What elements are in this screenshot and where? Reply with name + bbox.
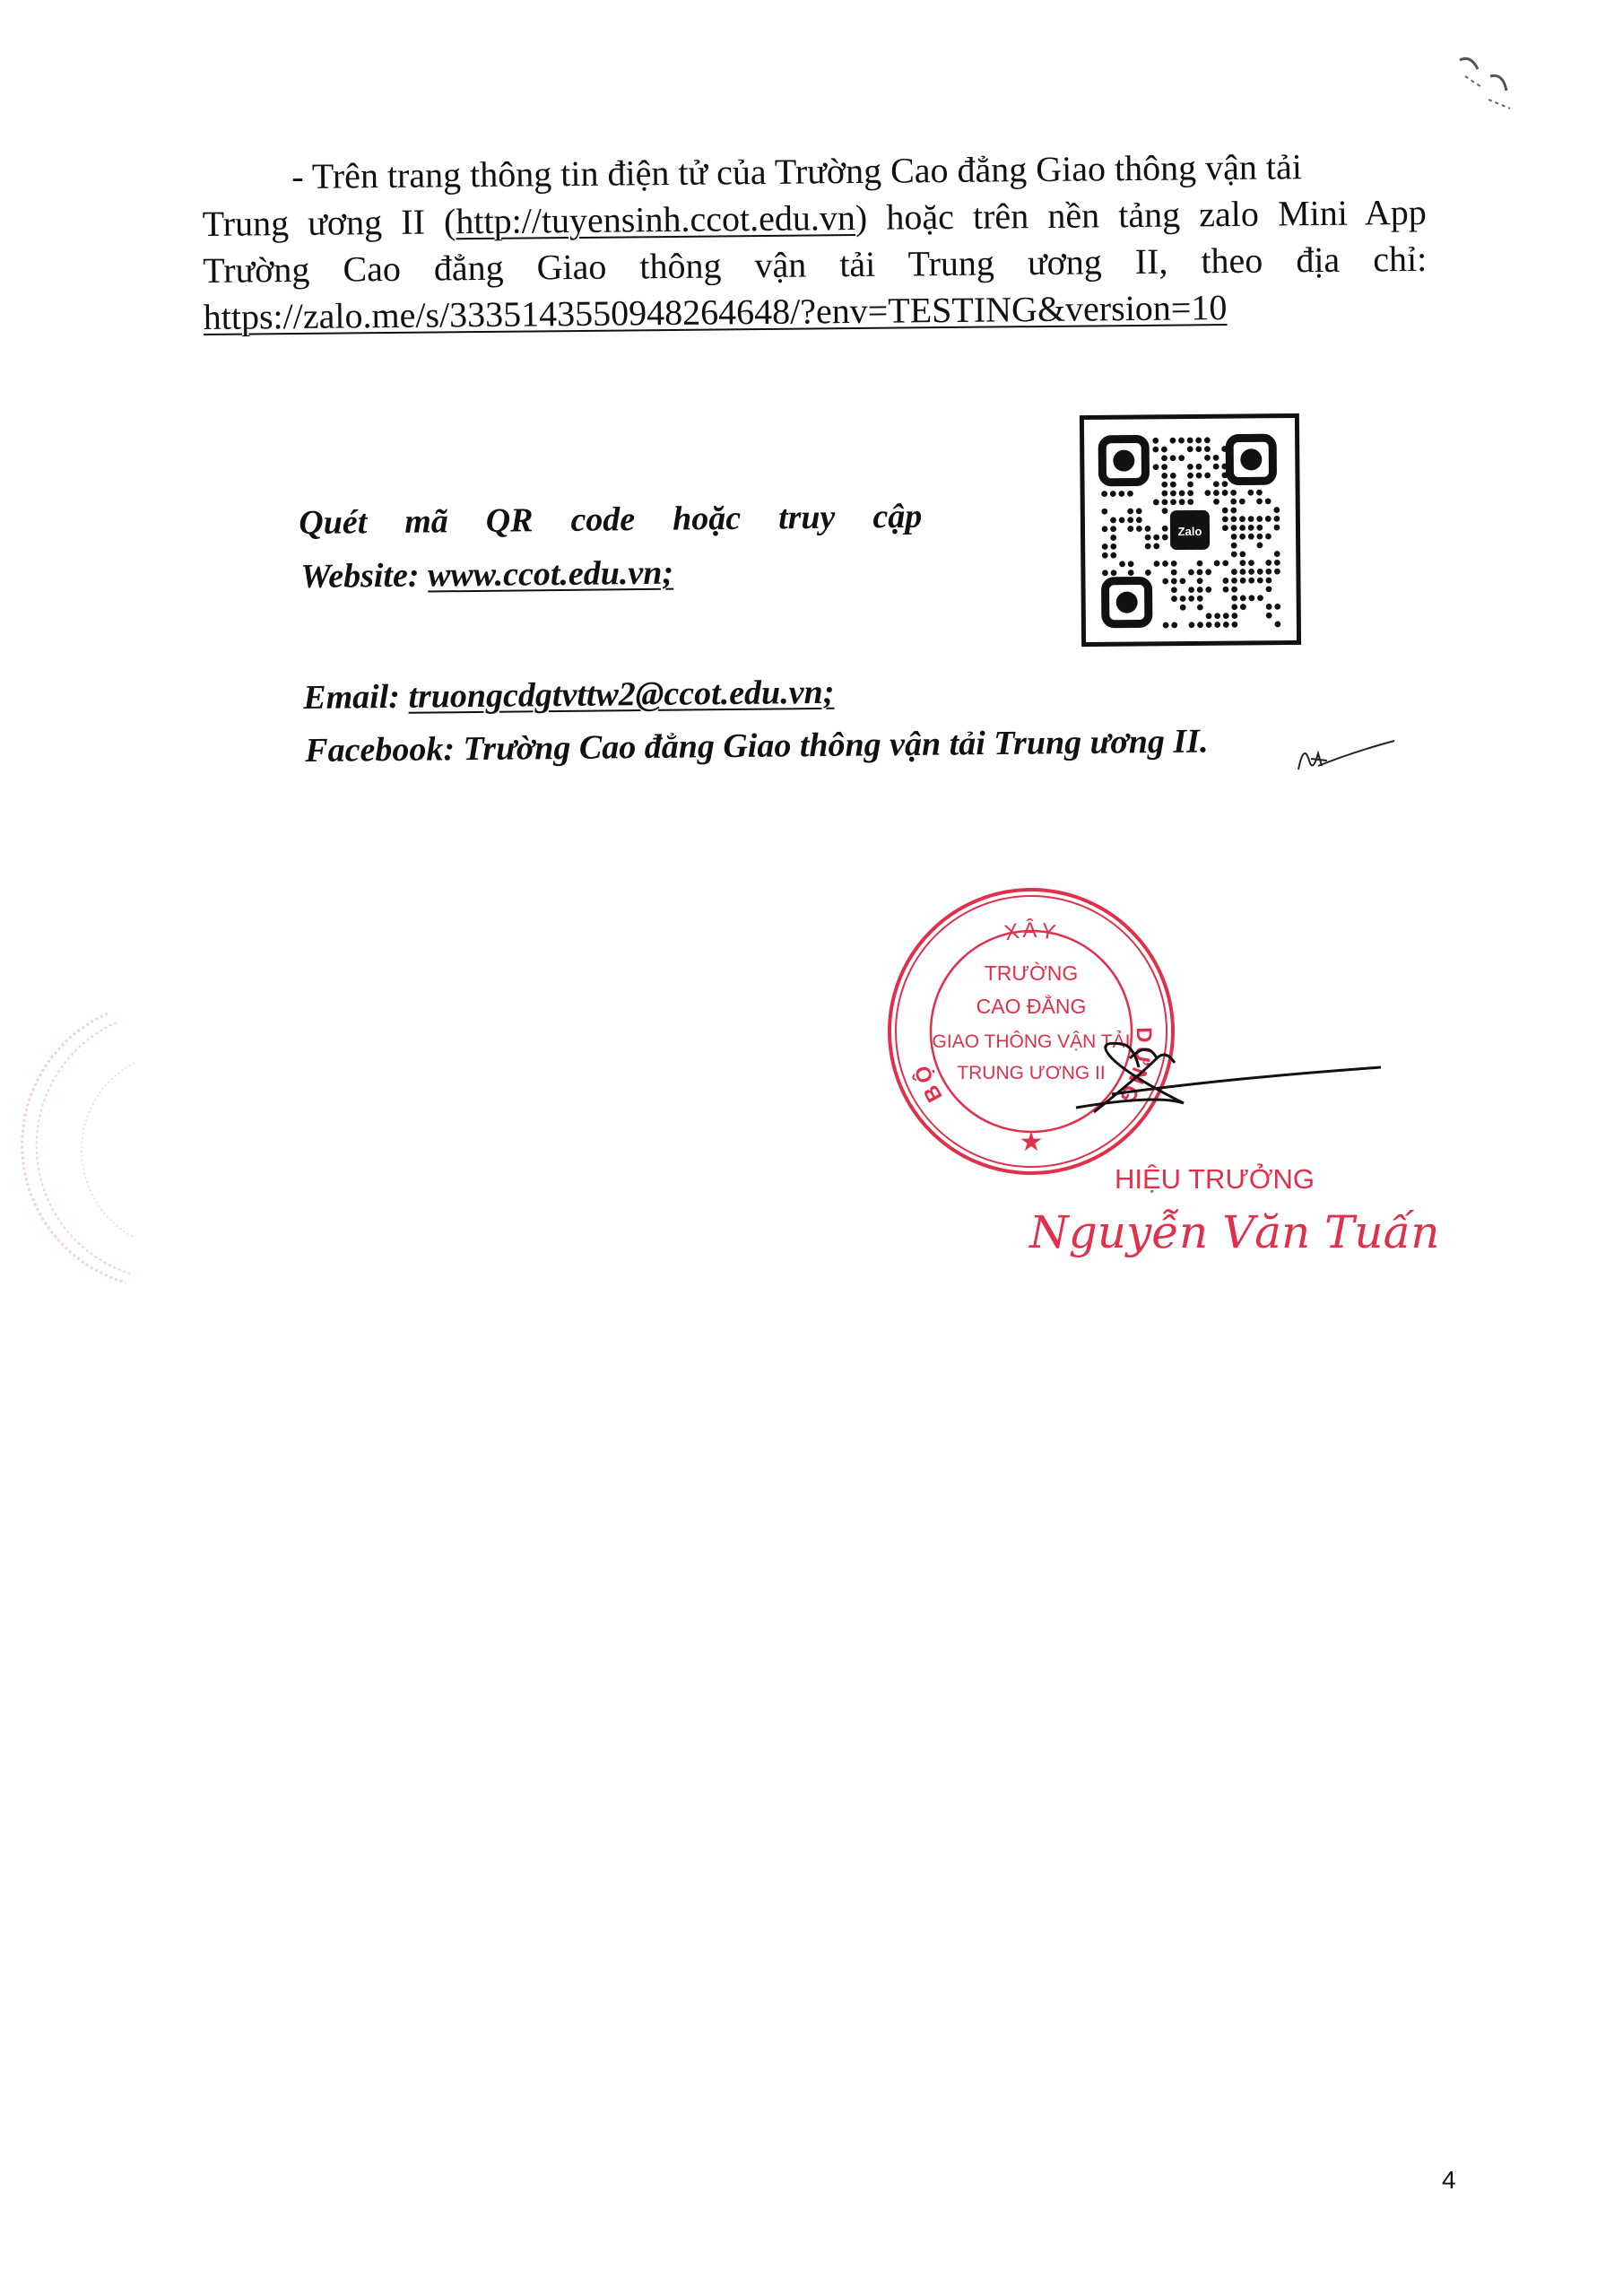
qr-pattern: Zalo (1091, 427, 1290, 635)
zalo-logo-icon: Zalo (1178, 525, 1202, 538)
facebook-label: Facebook: (305, 730, 455, 770)
stamp-top-text: XÂY (1002, 918, 1060, 945)
email-label: Email: (303, 678, 400, 717)
stamp-line-1: TRƯỜNG (985, 961, 1079, 985)
signer-name: Nguyễn Văn Tuấn (1029, 1206, 1439, 1258)
tuyensinh-link[interactable]: http://tuyensinh.ccot.edu.vn (456, 197, 855, 241)
website-label: Website: (300, 557, 420, 596)
facebook-value: Trường Cao đẳng Giao thông vận tải Trung… (463, 722, 1208, 768)
email-link[interactable]: truongcdgtvttw2@ccot.edu.vn; (408, 674, 834, 716)
page-number: 4 (1442, 2166, 1456, 2195)
scan-mark-decoration (1453, 49, 1524, 121)
stamp-line-2: CAO ĐẲNG (976, 994, 1087, 1018)
info-paragraph: - Trên trang thông tin điện tử của Trườn… (202, 143, 1428, 341)
website-link[interactable]: www.ccot.edu.vn; (428, 554, 674, 595)
email-row: Email: truongcdgtvttw2@ccot.edu.vn; (303, 670, 835, 720)
handwritten-signature (1049, 1040, 1381, 1121)
zalo-qr-code[interactable]: Zalo (1080, 413, 1301, 647)
official-stamp: XÂY BỘ DỰNG TRƯỜNG CAO ĐẲNG GIAO THÔNG V… (883, 883, 1179, 1179)
signer-title: HIỆU TRƯỞNG (1115, 1163, 1315, 1196)
qr-prompt: Quét mã QR code hoặc truy cập (299, 494, 922, 545)
star-icon: ★ (1020, 1127, 1044, 1157)
initial-mark-icon (1291, 734, 1399, 778)
svg-text:XÂY: XÂY (1002, 918, 1060, 945)
website-row: Website: www.ccot.edu.vn; (300, 551, 673, 599)
ghost-stamp-decoration (0, 996, 143, 1300)
facebook-row: Facebook: Trường Cao đẳng Giao thông vận… (305, 718, 1209, 773)
